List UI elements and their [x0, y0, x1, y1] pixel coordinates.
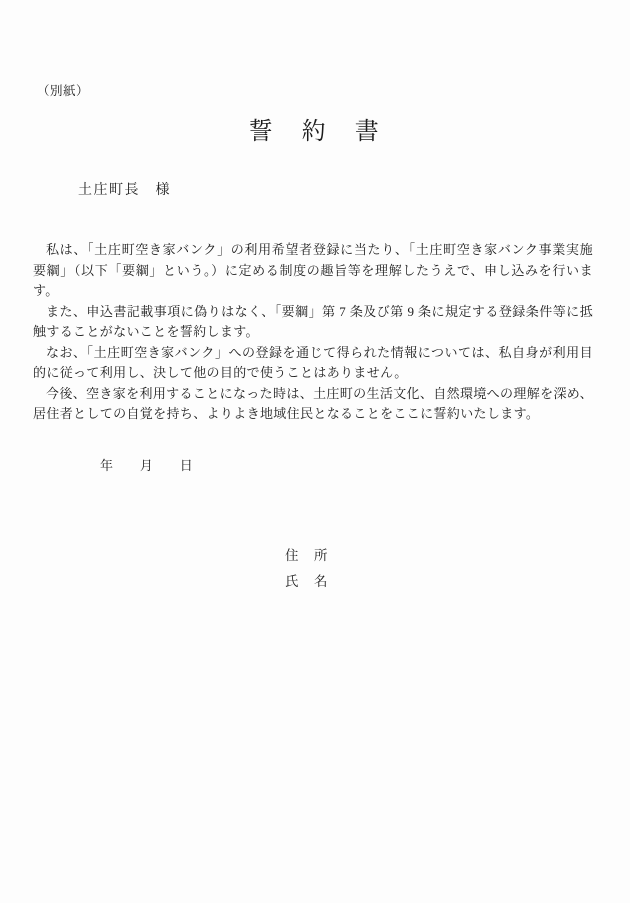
recipient-line: 土庄町長 様 [78, 179, 171, 199]
signature-address-label: 住 所 [285, 543, 329, 569]
pledge-document-page: （別紙） 誓 約 書 土庄町長 様 私は、「土庄町空き家バンク」の利用希望者登録… [0, 0, 630, 903]
paragraph-information-use: なお、「土庄町空き家バンク」への登録を通じて得られた情報については、私自身が利用… [33, 343, 593, 384]
signature-block: 住 所 氏 名 [285, 543, 329, 595]
date-line: 年 月 日 [100, 455, 193, 474]
body-text: 私は、「土庄町空き家バンク」の利用希望者登録に当たり、「土庄町空き家バンク事業実… [33, 240, 593, 425]
document-title: 誓 約 書 [0, 116, 630, 148]
paragraph-community-pledge: 今後、空き家を利用することになった時は、土庄町の生活文化、自然環境への理解を深め… [33, 384, 593, 425]
paragraph-truthfulness: また、申込書記載事項に偽りはなく、「要綱」第 7 条及び第 9 条に規定する登録… [33, 302, 593, 343]
attachment-note: （別紙） [37, 81, 89, 99]
signature-name-label: 氏 名 [285, 569, 329, 595]
paragraph-application: 私は、「土庄町空き家バンク」の利用希望者登録に当たり、「土庄町空き家バンク事業実… [33, 240, 593, 302]
